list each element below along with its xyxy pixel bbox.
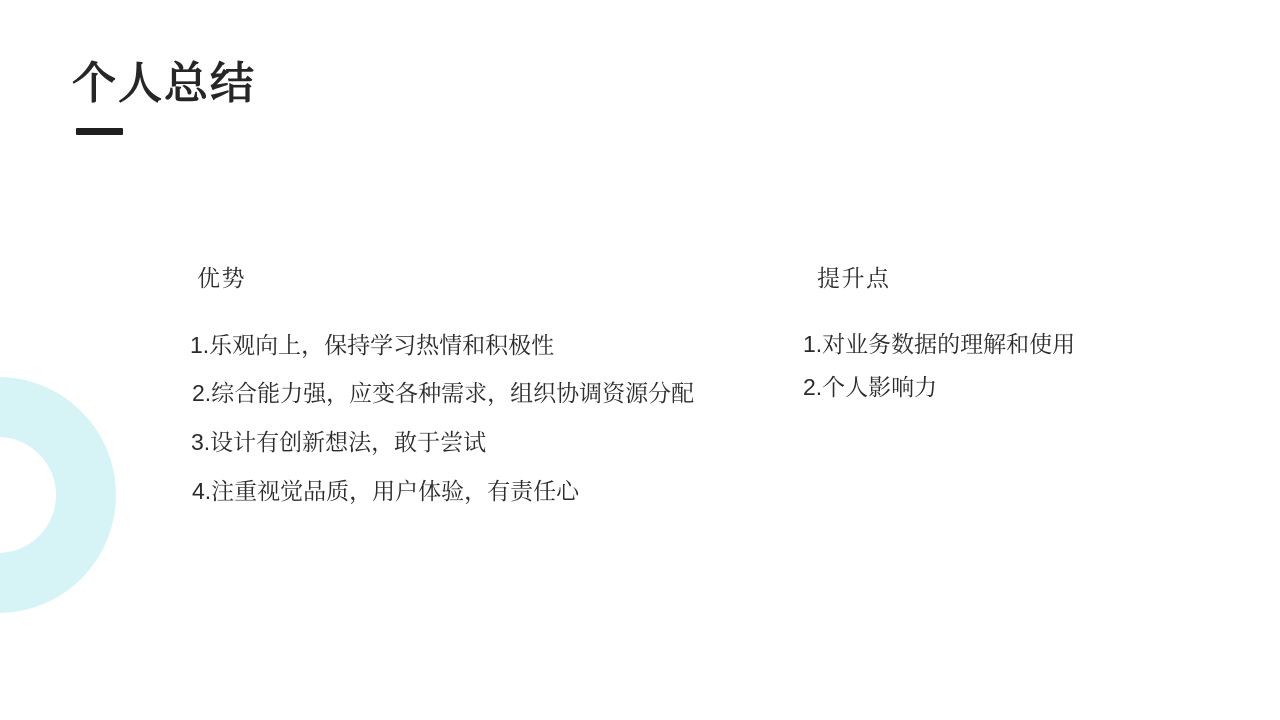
ring-decoration <box>0 377 116 613</box>
column-header-strengths: 优势 <box>197 267 246 290</box>
strengths-item-3: 3.设计有创新想法，敢于尝试 <box>191 431 486 454</box>
strengths-item-2: 2.综合能力强，应变各种需求，组织协调资源分配 <box>192 382 694 405</box>
slide: 个人总结 优势 1.乐观向上，保持学习热情和积极性 2.综合能力强，应变各种需求… <box>0 0 1280 720</box>
title-underline <box>76 128 123 135</box>
improvements-item-2: 2.个人影响力 <box>803 376 937 399</box>
strengths-item-1: 1.乐观向上，保持学习热情和积极性 <box>190 334 554 357</box>
page-title: 个人总结 <box>72 62 256 106</box>
strengths-item-4: 4.注重视觉品质，用户体验，有责任心 <box>192 480 579 503</box>
column-header-improvements: 提升点 <box>817 267 891 290</box>
improvements-item-1: 1.对业务数据的理解和使用 <box>803 333 1075 356</box>
